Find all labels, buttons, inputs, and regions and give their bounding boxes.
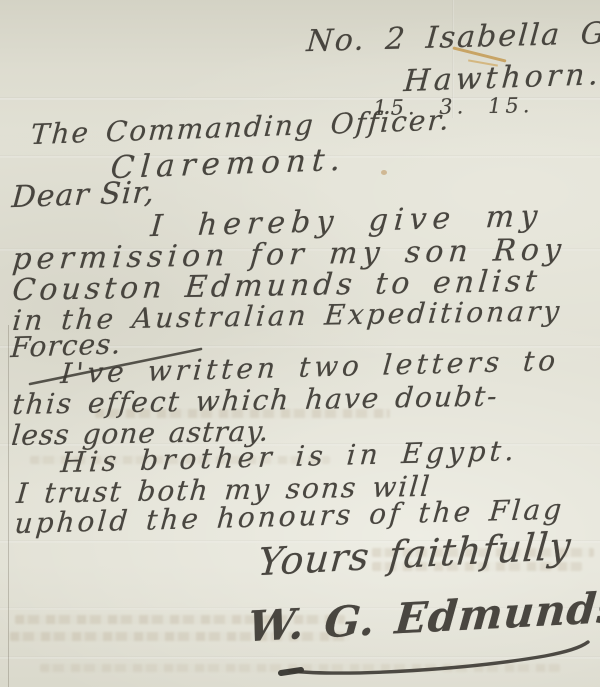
paper-stain (381, 170, 387, 175)
signature-underline-start (281, 670, 301, 673)
page-edge-line (8, 325, 9, 687)
closing-line: Yours faithfully (256, 524, 573, 585)
signature: W. G. Edmunds (246, 582, 600, 651)
salutation: Dear Sir, (11, 175, 157, 215)
letter-document: No. 2 Isabella Gr Hawthorn. 15. 3. 15. T… (0, 0, 600, 687)
print-bleed-through (40, 664, 560, 672)
address-line-1: No. 2 Isabella Gr (305, 16, 600, 59)
recipient-line-1: The Commanding Officer. (30, 103, 452, 151)
paper-crease (0, 656, 600, 659)
signature-underline (290, 642, 588, 673)
